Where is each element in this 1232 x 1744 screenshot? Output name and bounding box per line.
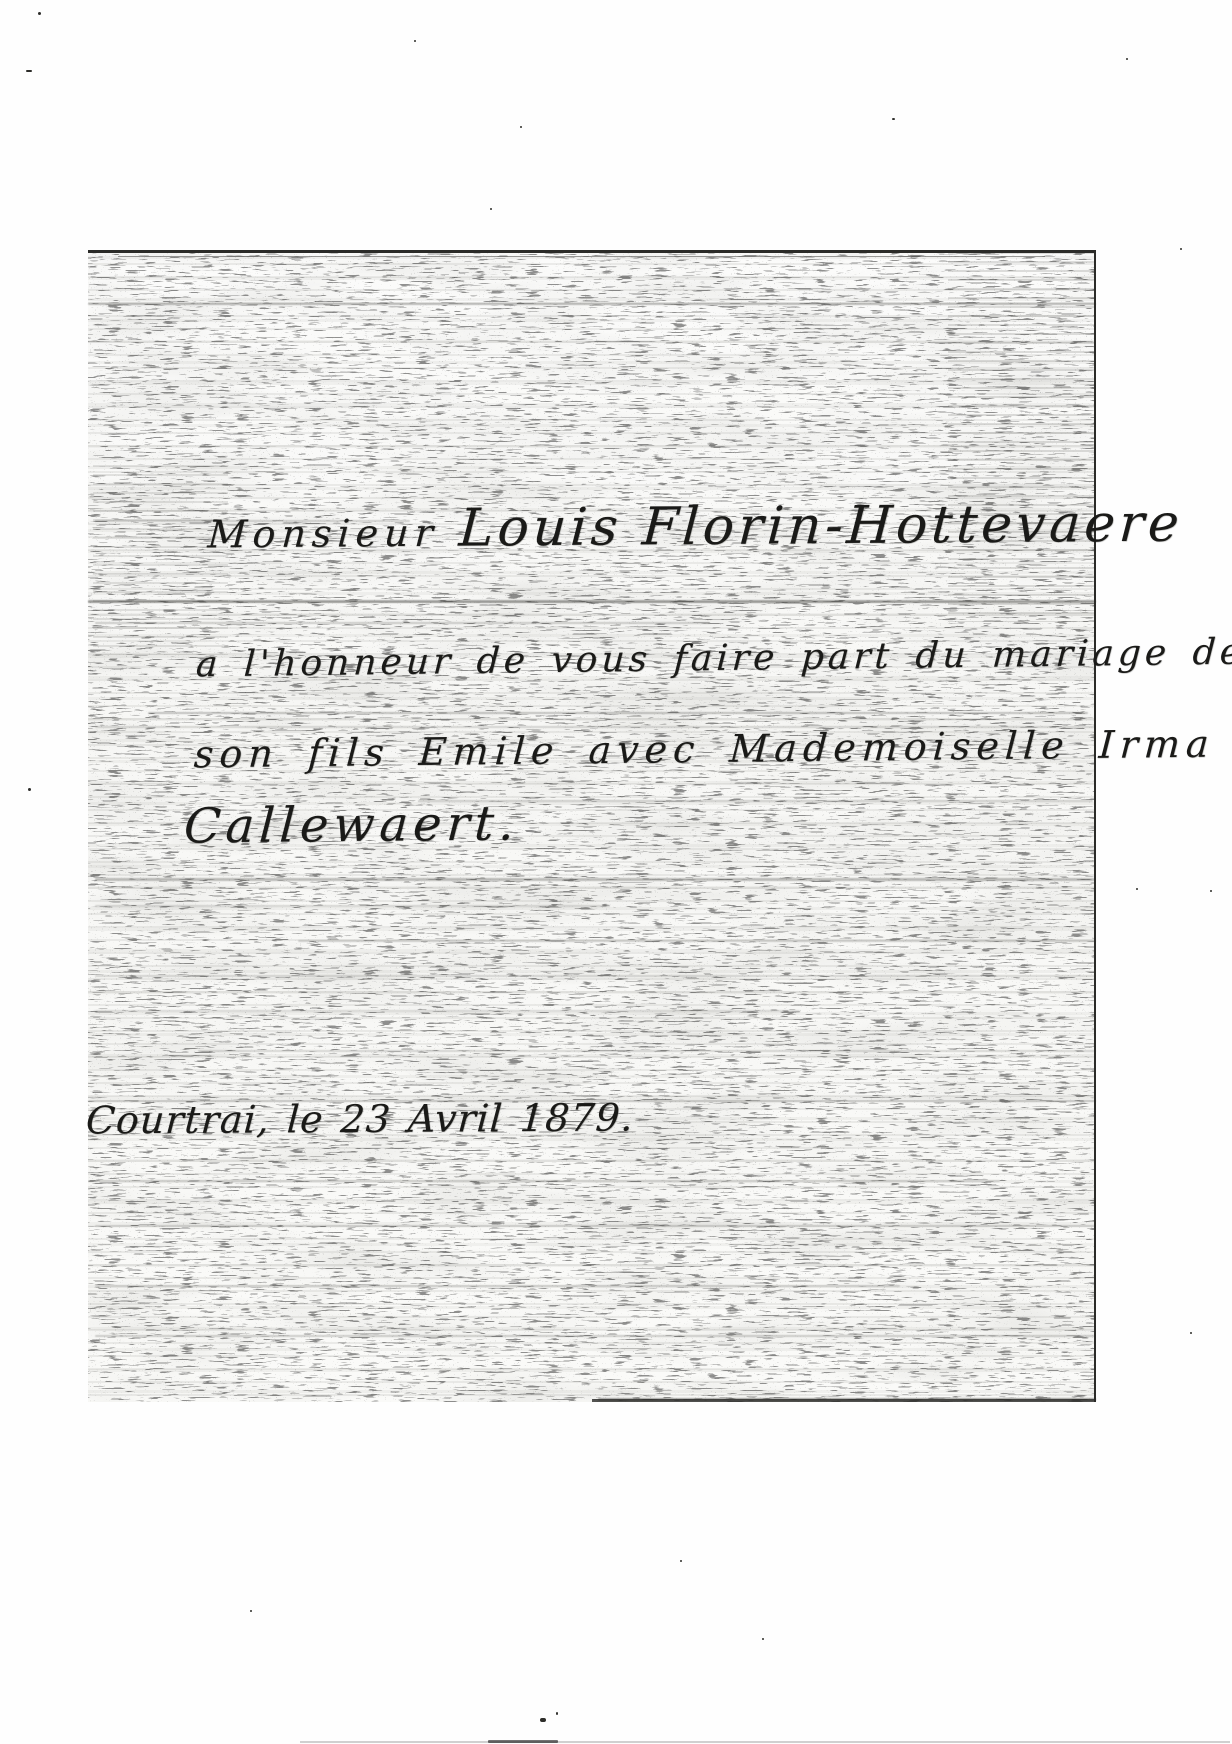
ink-speck [250, 1610, 252, 1612]
card-top-edge-line [88, 250, 1096, 253]
ink-speck [680, 1560, 682, 1562]
ink-speck [540, 1718, 546, 1722]
scanned-page: Monsieur Louis Florin-Hottevaere a l'hon… [0, 0, 1232, 1744]
ink-speck [762, 1638, 764, 1640]
ink-speck [490, 208, 492, 210]
announcement-body-line-2: son fils Emile avec Mademoiselle Irma [193, 723, 1216, 777]
dense-streak-band [948, 252, 1094, 622]
ink-speck [38, 12, 41, 15]
salutation-text: Monsieur [206, 512, 440, 557]
bride-surname-line: Callewaert. [182, 797, 520, 855]
ink-speck [556, 1712, 558, 1715]
card-right-edge-line [1094, 250, 1096, 1402]
ink-speck [28, 788, 31, 791]
ink-speck [1136, 888, 1138, 890]
announcement-header-line: Monsieur Louis Florin-Hottevaere [206, 495, 1185, 562]
ink-speck [1126, 58, 1128, 60]
place-date-line: Courtrai, le 23 Avril 1879. [85, 1097, 636, 1144]
announcer-name: Louis Florin-Hottevaere [457, 495, 1184, 560]
ink-speck [520, 126, 522, 128]
ink-speck [892, 118, 895, 120]
card-bottom-edge-line [592, 1399, 1096, 1402]
ink-speck [1180, 248, 1182, 250]
invitation-card: Monsieur Louis Florin-Hottevaere a l'hon… [88, 250, 1096, 1402]
page-bottom-edge-line [300, 1741, 1230, 1743]
page-bottom-edge-mark [488, 1740, 558, 1743]
ink-speck [1190, 1332, 1192, 1334]
card-top-edge-line [118, 256, 1045, 257]
ink-speck [26, 70, 32, 72]
ink-speck [414, 40, 416, 42]
announcement-body-line-1: a l'honneur de vous faire part du mariag… [195, 632, 1232, 686]
ink-speck [1210, 890, 1212, 892]
